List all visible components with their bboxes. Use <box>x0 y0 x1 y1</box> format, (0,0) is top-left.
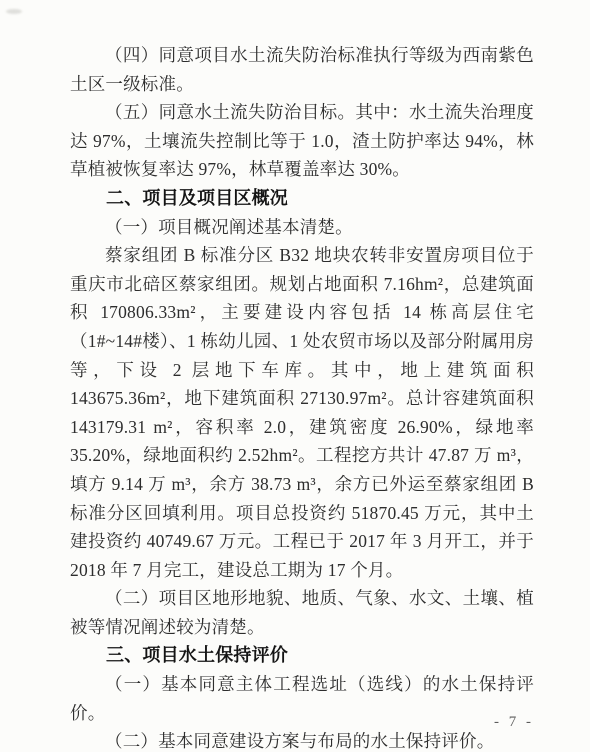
page-number: - 7 - <box>494 714 534 731</box>
body-paragraph: 蔡家组团 B 标准分区 B32 地块农转非安置房项目位于重庆市北碚区蔡家组团。规… <box>70 241 534 584</box>
section-heading: 二、项目及项目区概况 <box>70 184 534 213</box>
body-paragraph: （二）基本同意建设方案与布局的水土保持评价。 <box>70 727 534 752</box>
scan-smudge-mark <box>6 9 22 14</box>
body-paragraph: （五）同意水土流失防治目标。其中：水土流失治理度达 97%，土壤流失控制比等于 … <box>70 98 534 184</box>
body-paragraph: （二）项目区地形地貌、地质、气象、水文、土壤、植被等情况阐述较为清楚。 <box>70 584 534 641</box>
body-paragraph: （一）基本同意主体工程选址（选线）的水土保持评价。 <box>70 670 534 727</box>
section-heading: 三、项目水土保持评价 <box>70 641 534 670</box>
body-paragraph: （一）项目概况阐述基本清楚。 <box>70 213 534 242</box>
body-paragraph: （四）同意项目水土流失防治标准执行等级为西南紫色土区一级标准。 <box>70 41 534 98</box>
document-body: （四）同意项目水土流失防治标准执行等级为西南紫色土区一级标准。（五）同意水土流失… <box>70 41 534 752</box>
document-page: （四）同意项目水土流失防治标准执行等级为西南紫色土区一级标准。（五）同意水土流失… <box>0 0 590 752</box>
